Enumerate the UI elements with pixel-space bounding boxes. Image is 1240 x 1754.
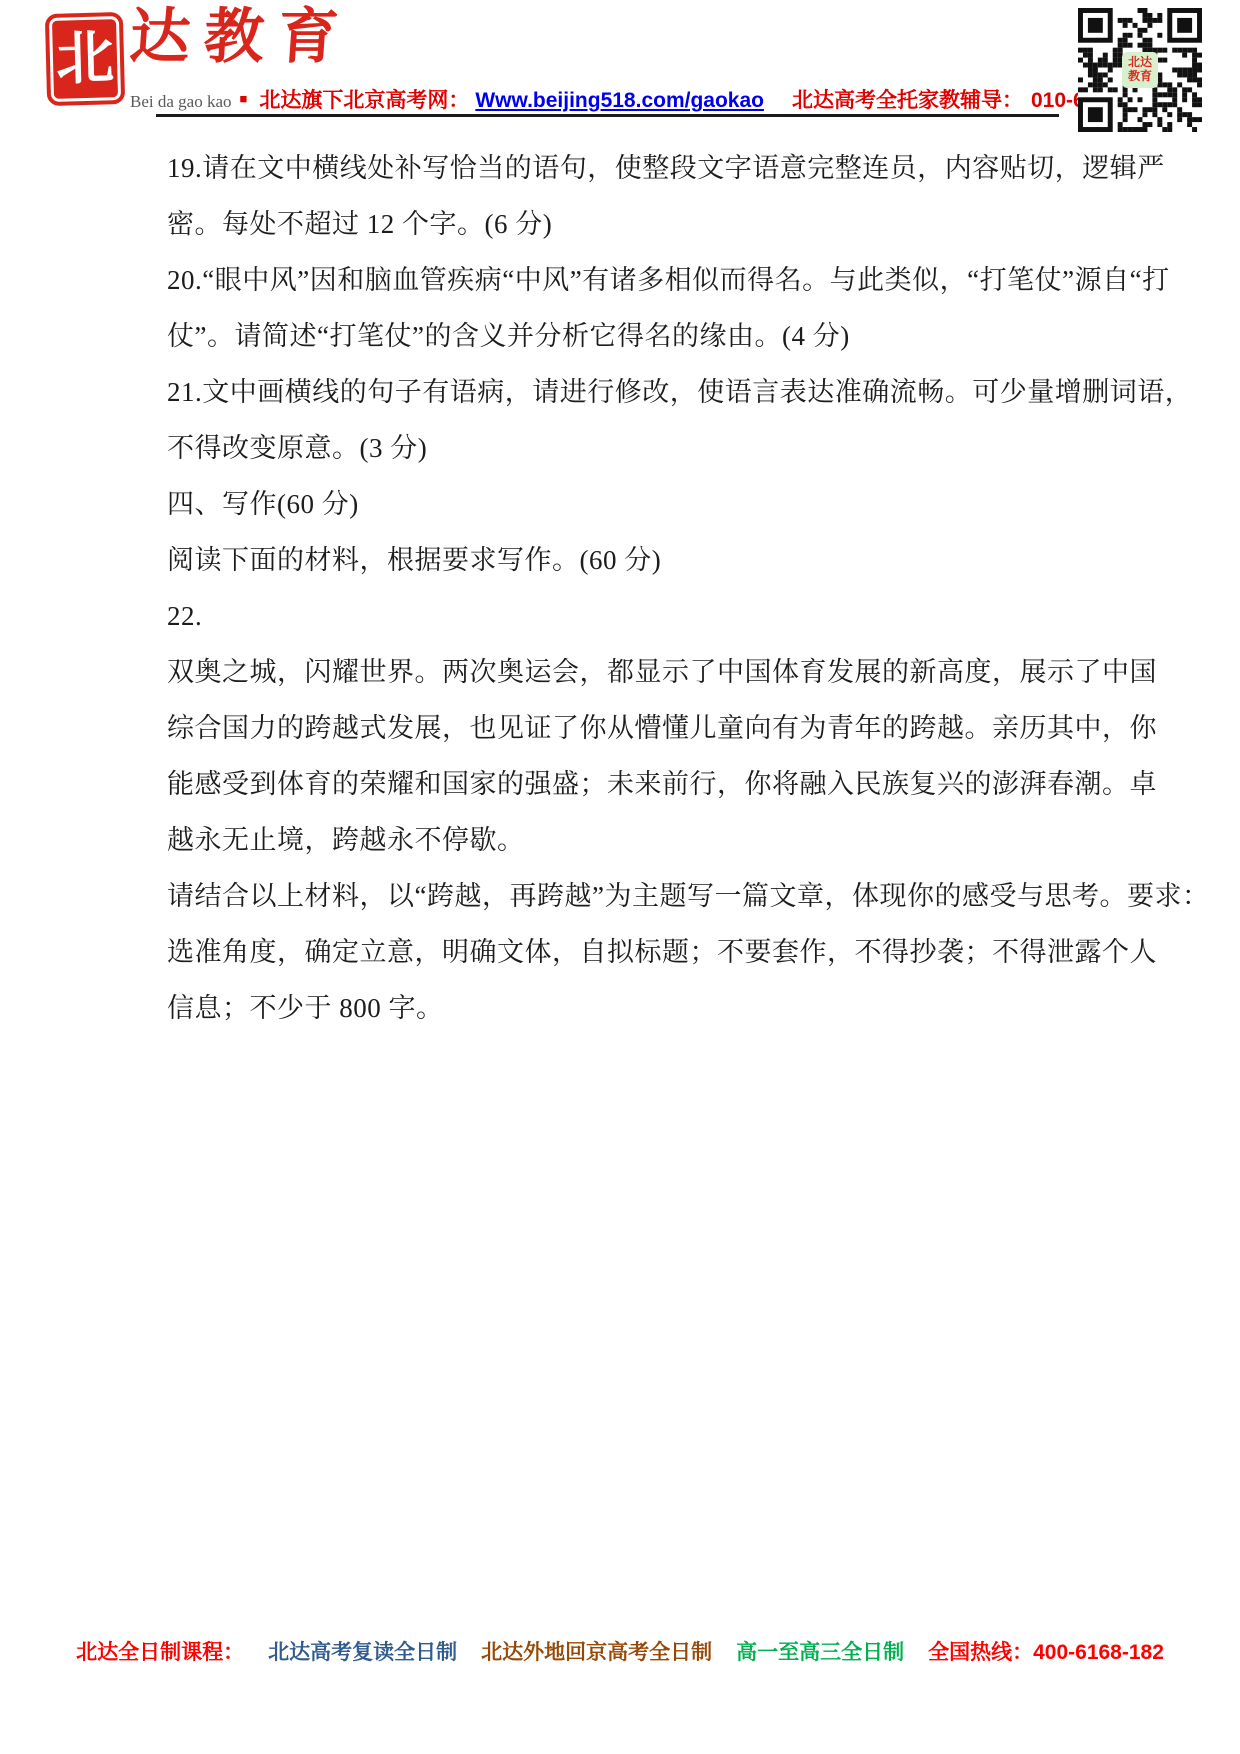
body-line: 能感受到体育的荣耀和国家的强盛；未来前行，你将融入民族复兴的澎湃春潮。卓 bbox=[167, 762, 977, 818]
body-line: 阅读下面的材料，根据要求写作。(60 分) bbox=[167, 538, 977, 594]
qr-label-line1: 北达 bbox=[1128, 55, 1152, 69]
qr-label-line2: 教育 bbox=[1128, 69, 1152, 83]
seal-character: 北 bbox=[55, 29, 115, 88]
body-line: 19.请在文中横线处补写恰当的语句，使整段文字语意完整连员，内容贴切，逻辑严 bbox=[167, 146, 977, 202]
footer-segment: 北达高考复读全日制 bbox=[268, 1636, 457, 1666]
body-line: 不得改变原意。(3 分) bbox=[167, 426, 977, 482]
body-line: 信息；不少于 800 字。 bbox=[167, 986, 977, 1042]
body-line: 越永无止境，跨越永不停歇。 bbox=[167, 818, 977, 874]
gaokao-site-link[interactable]: Www.beijing518.com/gaokao bbox=[475, 89, 764, 113]
body-line: 21.文中画横线的句子有语病，请进行修改，使语言表达准确流畅。可少量增删词语， bbox=[167, 370, 977, 426]
footer: 北达全日制课程：北达高考复读全日制北达外地回京高考全日制高一至高三全日制全国热线… bbox=[0, 1636, 1240, 1666]
brand-name: 达教育 bbox=[128, 4, 355, 70]
body-line: 22. bbox=[167, 594, 977, 650]
body-line: 综合国力的跨越式发展，也见证了你从懵懂儿童向有为青年的跨越。亲历其中，你 bbox=[167, 706, 977, 762]
document-page: 北 达教育 Bei da gao kao ■ 北达旗下北京高考网： Www.be… bbox=[0, 0, 1240, 1754]
footer-segment: 高一至高三全日制 bbox=[736, 1636, 904, 1666]
footer-segment: 全国热线：400-6168-182 bbox=[928, 1636, 1164, 1666]
header-divider bbox=[156, 114, 1059, 117]
square-bullet-icon: ■ bbox=[240, 91, 248, 107]
qr-center-label: 北达 教育 bbox=[1122, 52, 1158, 88]
header-tagline-row: Bei da gao kao ■ 北达旗下北京高考网： Www.beijing5… bbox=[130, 84, 1166, 114]
footer-segment: 北达全日制课程： bbox=[76, 1636, 244, 1666]
footer-segment: 北达外地回京高考全日制 bbox=[481, 1636, 712, 1666]
body-line: 密。每处不超过 12 个字。(6 分) bbox=[167, 202, 977, 258]
brand-pinyin: Bei da gao kao bbox=[130, 92, 232, 112]
header: 北 达教育 Bei da gao kao ■ 北达旗下北京高考网： Www.be… bbox=[0, 0, 1240, 140]
body-line: 仗”。请简述“打笔仗”的含义并分析它得名的缘由。(4 分) bbox=[167, 314, 977, 370]
body-line: 选准角度，确定立意，明确文体，自拟标题；不要套作，不得抄袭；不得泄露个人 bbox=[167, 930, 977, 986]
tutoring-label: 北达高考全托家教辅导： bbox=[792, 84, 1023, 114]
body-line: 四、写作(60 分) bbox=[167, 482, 977, 538]
gaokao-site-label: 北达旗下北京高考网： bbox=[259, 84, 469, 114]
document-body: 19.请在文中横线处补写恰当的语句，使整段文字语意完整连员，内容贴切，逻辑严密。… bbox=[167, 146, 977, 1042]
body-line: 双奥之城，闪耀世界。两次奥运会，都显示了中国体育发展的新高度，展示了中国 bbox=[167, 650, 977, 706]
qr-code: 北达 教育 bbox=[1078, 8, 1202, 132]
body-line: 20.“眼中风”因和脑血管疾病“中风”有诸多相似而得名。与此类似，“打笔仗”源自… bbox=[167, 258, 977, 314]
brand-seal-logo: 北 bbox=[45, 12, 125, 106]
body-line: 请结合以上材料，以“跨越，再跨越”为主题写一篇文章，体现你的感受与思考。要求： bbox=[167, 874, 977, 930]
